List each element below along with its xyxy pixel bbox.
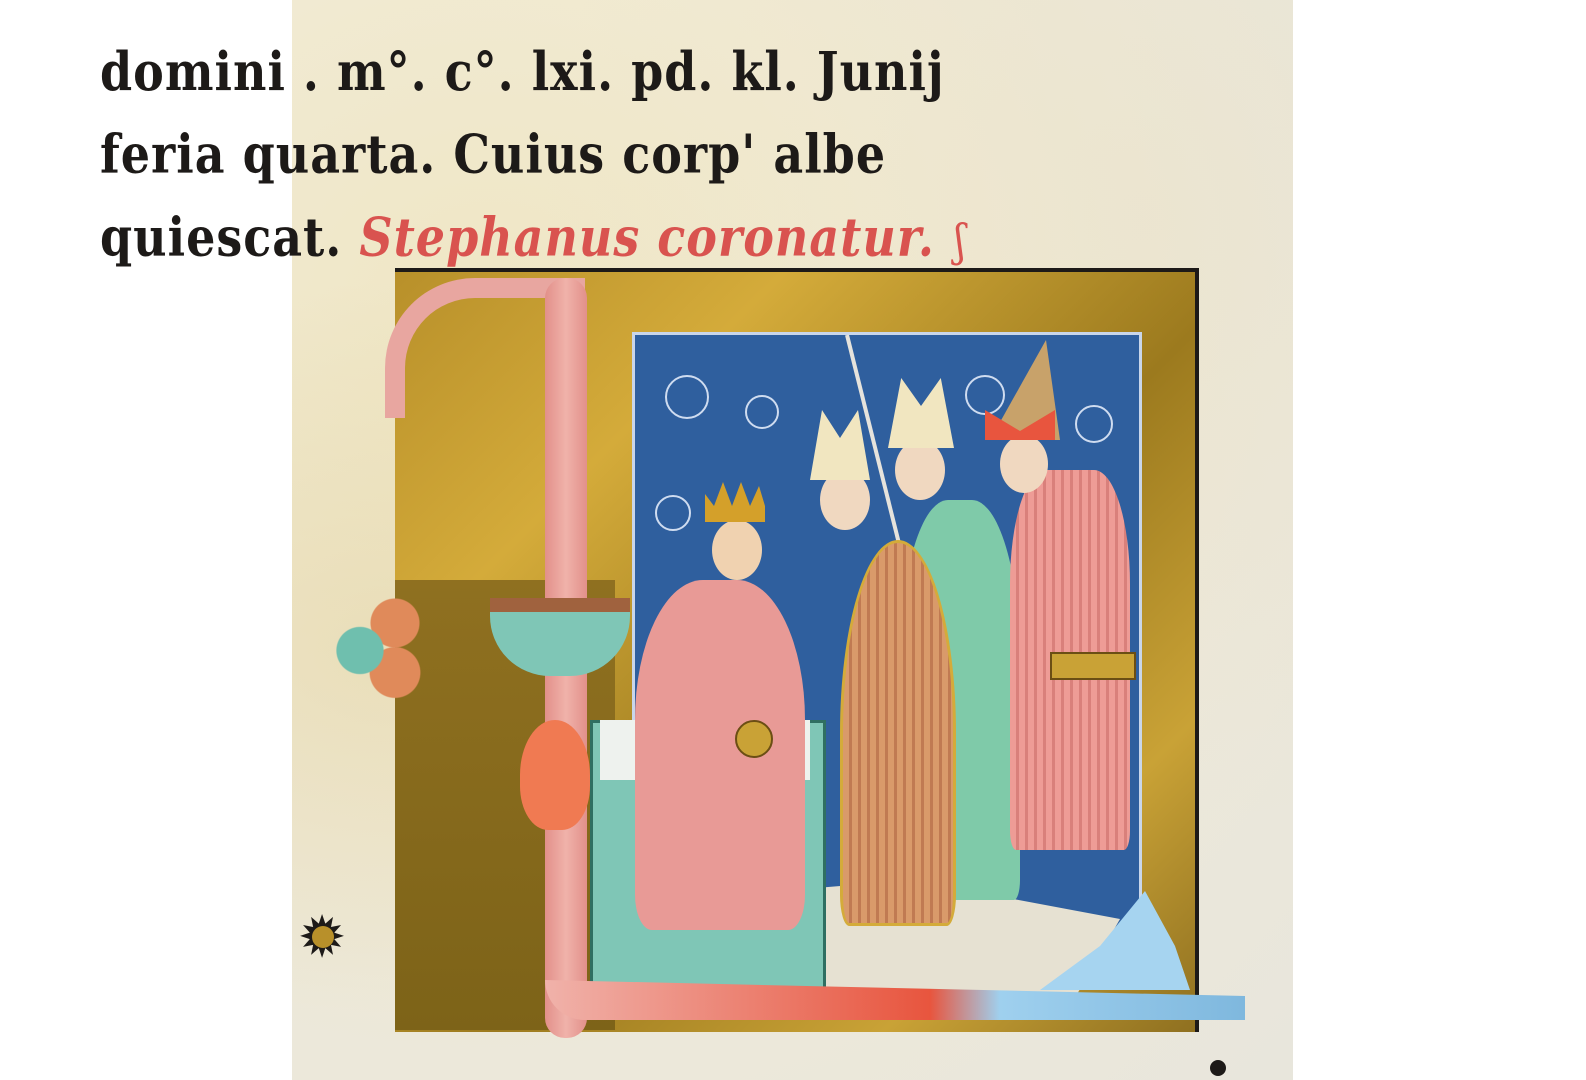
scroll-ornament	[745, 395, 779, 429]
orb-icon	[735, 720, 773, 758]
bishop-head	[895, 440, 945, 500]
red-leaf-ornament	[520, 720, 590, 830]
scroll-ornament	[1075, 405, 1113, 443]
trefoil-leaf-ornament	[318, 590, 458, 700]
ink-dot	[1210, 1060, 1226, 1076]
scroll-ornament	[965, 375, 1005, 415]
text-line-1: domini . m°. c°. lxi. pd. kl. Junij	[100, 30, 900, 113]
rubric-heading: Stephanus coronatur.	[359, 206, 935, 268]
king-head	[712, 520, 762, 580]
marginal-mark: ʃ	[955, 215, 966, 266]
text-line-2: feria quarta. Cuius corp' albe	[100, 113, 900, 196]
bishop-gold-cope	[840, 540, 956, 926]
gold-belt	[1050, 652, 1136, 680]
scroll-ornament	[655, 495, 691, 531]
manuscript-text-block: domini . m°. c°. lxi. pd. kl. Junij feri…	[100, 30, 900, 282]
noble-head	[1000, 435, 1048, 493]
king-figure	[635, 580, 805, 930]
text-line-3-black: quiescat.	[100, 206, 342, 268]
scroll-ornament	[665, 375, 709, 419]
star-center-dot	[312, 926, 334, 948]
